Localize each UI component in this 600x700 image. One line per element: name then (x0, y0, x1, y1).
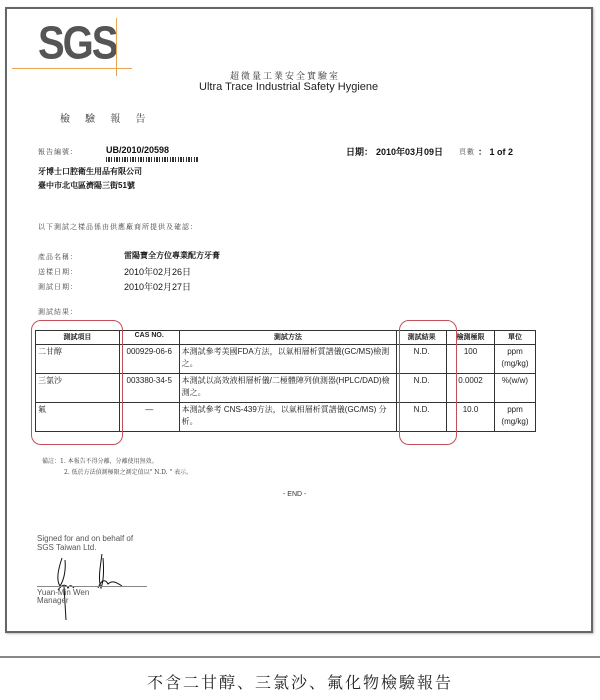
unit: ppm (mg/kg) (494, 403, 535, 432)
signature-scribble (40, 550, 150, 620)
unit: %(w/w) (494, 374, 535, 403)
received-label: 送樣日期： (38, 267, 78, 277)
notes: 備註：1. 本報告不得分離，分離使用無效。 2. 低於方法偵測極限之測定值以" … (42, 456, 192, 478)
image-caption: 不含二甘醇、三氯沙、氟化物檢驗報告 (0, 670, 600, 693)
cas-number: — (119, 403, 179, 432)
date-label: 日期： (346, 145, 373, 158)
sample-name: 雷陽寶全方位專業配方牙膏 (124, 250, 220, 261)
client-name: 牙博士口腔衛生用品有限公司 (38, 166, 142, 177)
logo-accent-line (116, 18, 117, 76)
signature-line (37, 586, 147, 587)
caption-divider (0, 656, 600, 658)
note-line: 備註：1. 本報告不得分離，分離使用無效。 (42, 456, 192, 467)
client-address: 臺中市北屯區濟陽三街51號 (38, 180, 135, 191)
intro-text: 以下測試之樣品係由供應廠商所提供及確認： (38, 222, 198, 232)
results-label: 測試結果： (38, 307, 78, 317)
note-line: 2. 低於方法偵測極限之測定值以" N.D. " 表示。 (42, 467, 192, 478)
unit: ppm (mg/kg) (494, 345, 535, 374)
header-cas-no: CAS NO. (119, 331, 179, 345)
report-date: 2010年03月09日 (376, 145, 443, 158)
highlight-test-items (31, 320, 123, 445)
page-number: ： 1 of 2 (478, 145, 513, 158)
cas-number: 000929-06-6 (119, 345, 179, 374)
header-test-method: 測試方法 (179, 331, 396, 345)
barcode (106, 157, 198, 162)
lab-name-en: Ultra Trace Industrial Safety Hygiene (199, 81, 378, 93)
received-date: 2010年02月26日 (124, 265, 191, 278)
sgs-logo: SGS (38, 16, 116, 71)
report-title: 檢 驗 報 告 (60, 110, 152, 125)
end-marker: - END - (283, 491, 306, 498)
page-label: 頁數 (459, 147, 475, 157)
logo-accent-line (12, 68, 132, 69)
highlight-test-results (399, 320, 457, 445)
header-unit: 單位 (494, 331, 535, 345)
cas-number: 003380-34-5 (119, 374, 179, 403)
test-date: 2010年02月27日 (124, 280, 191, 293)
sample-label: 產品名稱： (38, 252, 78, 262)
test-method: 本測試參考美國FDA方法，以氣相層析質譜儀(GC/MS)檢測之。 (179, 345, 396, 374)
signer: Yuan-Min Wen Manager (37, 589, 89, 605)
test-method: 本測試以高效液相層析儀/二極體陣列偵測器(HPLC/DAD)檢測之。 (179, 374, 396, 403)
report-number: UB/2010/20598 (106, 145, 169, 155)
signed-line: Signed for and on behalf of (37, 534, 133, 543)
test-date-label: 測試日期： (38, 282, 78, 292)
report-number-label: 報告編號： (38, 147, 78, 157)
test-method: 本測試參考 CNS-439方法，以氣相層析質譜儀(GC/MS) 分析。 (179, 403, 396, 432)
signer-title: Manager (37, 597, 89, 605)
